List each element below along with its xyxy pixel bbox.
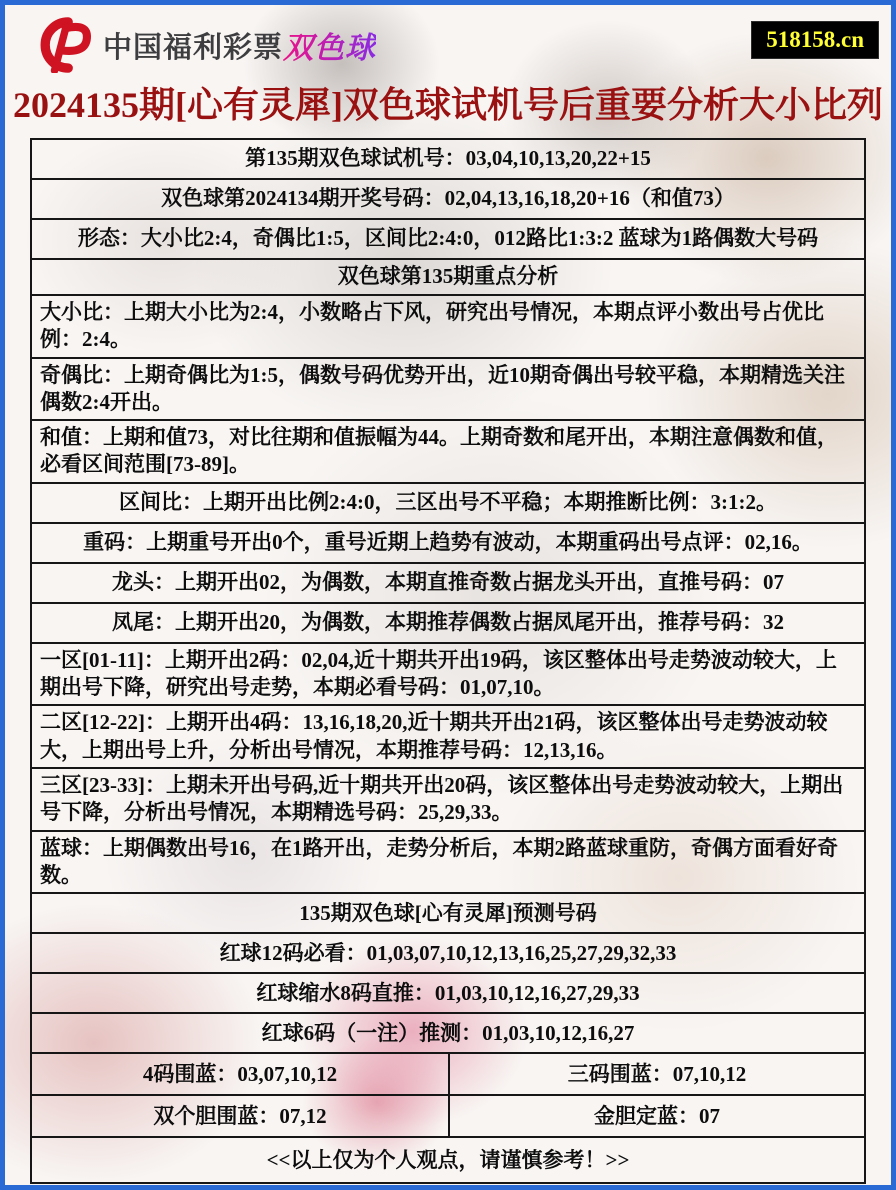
table-row-blue-ball: 蓝球：上期偶数出号16，在1路开出，走势分析后，本期2路蓝球重防，奇偶方面看好奇… (32, 832, 864, 895)
table-row-last-draw: 双色球第2024134期开奖号码：02,04,13,16,18,20+16（和值… (32, 180, 864, 220)
table-row-blue-2-1: 双个胆围蓝：07,12 金胆定蓝：07 (32, 1096, 864, 1138)
cwl-logo-icon (27, 17, 97, 73)
page-frame: 中国福利彩票 双色球 518158.cn 2024135期[心有灵犀]双色球试机… (0, 0, 896, 1190)
table-row-blue-4-3: 4码围蓝：03,07,10,12 三码围蓝：07,10,12 (32, 1054, 864, 1096)
site-badge: 518158.cn (751, 21, 879, 59)
table-row-red-8: 红球缩水8码直推：01,03,10,12,16,27,29,33 (32, 974, 864, 1014)
analysis-table: 第135期双色球试机号：03,04,10,13,20,22+15 双色球第202… (30, 138, 866, 1184)
table-row-section-header-analysis: 双色球第135期重点分析 (32, 260, 864, 296)
disclaimer-row: <<以上仅为个人观点，请谨慎参考！>> (32, 1138, 864, 1184)
header: 中国福利彩票 双色球 518158.cn (5, 5, 891, 71)
table-cell-blue-2: 双个胆围蓝：07,12 (32, 1096, 448, 1136)
table-row-zone1: 一区[01-11]：上期开出2码：02,04,近十期共开出19码，该区整体出号走… (32, 644, 864, 707)
table-row-section-header-prediction: 135期双色球[心有灵犀]预测号码 (32, 894, 864, 934)
table-row-size-ratio: 大小比：上期大小比为2:4，小数略占下风，研究出号情况，本期点评小数出号占优比例… (32, 296, 864, 359)
logo-product-text: 双色球 (283, 23, 376, 67)
table-row-sum-value: 和值：上期和值73，对比往期和值振幅为44。上期奇数和尾开出，本期注意偶数和值，… (32, 421, 864, 484)
table-row-tail-number: 凤尾：上期开出20，为偶数，本期推荐偶数占据凤尾开出，推荐号码：32 (32, 604, 864, 644)
table-row-head-number: 龙头：上期开出02，为偶数，本期直推奇数占据龙头开出，直推号码：07 (32, 564, 864, 604)
table-row-test-numbers: 第135期双色球试机号：03,04,10,13,20,22+15 (32, 140, 864, 180)
table-row-zone2: 二区[12-22]：上期开出4码：13,16,18,20,近十期共开出21码，该… (32, 706, 864, 769)
table-row-odd-even: 奇偶比：上期奇偶比为1:5，偶数号码优势开出，近10期奇偶出号较平稳，本期精选关… (32, 359, 864, 422)
page-title: 2024135期[心有灵犀]双色球试机号后重要分析大小比列 (5, 77, 891, 128)
table-row-zone3: 三区[23-33]：上期未开出号码,近十期共开出20码，该区整体出号走势波动较大… (32, 769, 864, 832)
table-row-zone-ratio: 区间比：上期开出比例2:4:0，三区出号不平稳；本期推断比例：3:1:2。 (32, 484, 864, 524)
table-cell-blue-4: 4码围蓝：03,07,10,12 (32, 1054, 448, 1094)
logo-brand-text: 中国福利彩票 (103, 25, 283, 66)
table-row-pattern: 形态：大小比2:4，奇偶比1:5，区间比2:4:0，012路比1:3:2 蓝球为… (32, 220, 864, 260)
table-row-red-12: 红球12码必看：01,03,07,10,12,13,16,25,27,29,32… (32, 934, 864, 974)
cwl-logo: 中国福利彩票 双色球 (27, 17, 376, 73)
table-cell-blue-gold: 金胆定蓝：07 (448, 1096, 864, 1136)
table-row-red-6: 红球6码（一注）推测：01,03,10,12,16,27 (32, 1014, 864, 1054)
table-row-repeat-numbers: 重码：上期重号开出0个，重号近期上趋势有波动，本期重码出号点评：02,16。 (32, 524, 864, 564)
table-cell-blue-3: 三码围蓝：07,10,12 (448, 1054, 864, 1094)
